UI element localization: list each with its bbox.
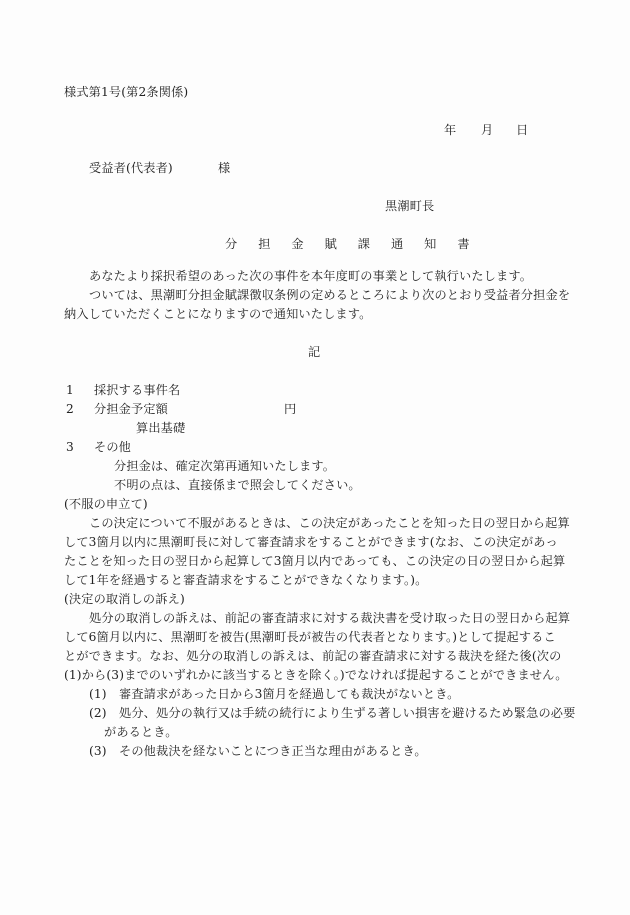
recipient-honorific: 様	[218, 160, 230, 176]
paragraph-line: して3箇月以内に黒潮町長に対して審査請求をすることができます(なお、この決定があ…	[64, 534, 558, 550]
ki-heading: 記	[308, 344, 320, 360]
item-label: その他	[94, 439, 131, 455]
date-year: 年	[444, 122, 456, 138]
title-char: 分	[225, 236, 237, 252]
item-label: 採択する事件名	[94, 382, 180, 398]
paragraph-line: この決定について不服があるときは、この決定があったことを知った日の翌日から起算	[89, 515, 570, 531]
intro-line: 納入していただくことになりますので通知いたします。	[64, 306, 371, 322]
paragraph-line: とができます。なお、処分の取消しの訴えは、前記の審査請求に対する裁決を経た後(次…	[64, 648, 561, 664]
paragraph-line: (1)から(3)までのいずれかに該当するときを除く。)でなければ提起することがで…	[64, 667, 568, 683]
section-heading: (決定の取消しの訴え)	[64, 591, 185, 607]
condition-continuation: があるとき。	[104, 724, 178, 740]
issuer: 黒潮町長	[385, 198, 434, 214]
title-char: 書	[457, 236, 469, 252]
title-char: 賦	[325, 236, 337, 252]
item-label: 分担金予定額	[94, 401, 168, 417]
condition-number: (2)	[89, 705, 107, 721]
condition-number: (3)	[89, 743, 107, 759]
condition-text: 審査請求があった日から3箇月を経過しても裁決がないとき。	[119, 686, 459, 702]
item-number: 2	[66, 401, 74, 417]
title-char: 知	[424, 236, 436, 252]
other-note: 不明の点は、直接係まで照会してください。	[114, 477, 361, 493]
other-note: 分担金は、確定次第再通知いたします。	[114, 458, 335, 474]
item-number: 3	[66, 439, 74, 455]
title-char: 金	[291, 236, 303, 252]
recipient-label: 受益者(代表者)	[89, 160, 173, 176]
title-char: 担	[258, 236, 270, 252]
condition-text: 処分、処分の執行又は手続の続行により生ずる著しい損害を避けるため緊急の必要	[119, 705, 576, 721]
intro-line: あなたより採択希望のあった次の事件を本年度町の事業として執行いたします。	[89, 268, 532, 284]
section-heading: (不服の申立て)	[64, 496, 148, 512]
paragraph-line: して1年を経過すると審査請求をすることができなくなります。)。	[64, 572, 428, 588]
paragraph-line: たことを知った日の翌日から起算して3箇月以内であっても、この決定の日の翌日から起…	[64, 553, 565, 569]
document-title: 分担金賦課通知書	[225, 236, 470, 252]
form-label: 様式第1号(第2条関係)	[64, 84, 188, 100]
calculation-basis: 算出基礎	[136, 420, 185, 436]
title-char: 通	[391, 236, 403, 252]
date-day: 日	[516, 122, 528, 138]
date-month: 月	[481, 122, 493, 138]
condition-number: (1)	[89, 686, 107, 702]
intro-line: ついては、黒潮町分担金賦課徴収条例の定めるところにより次のとおり受益者分担金を	[89, 287, 570, 303]
amount-unit: 円	[284, 401, 296, 417]
title-char: 課	[358, 236, 370, 252]
condition-text: その他裁決を経ないことにつき正当な理由があるとき。	[119, 743, 427, 759]
paragraph-line: 処分の取消しの訴えは、前記の審査請求に対する裁決書を受け取った日の翌日から起算	[89, 610, 570, 626]
paragraph-line: して6箇月以内に、黒潮町を被告(黒潮町長が被告の代表者となります。)として提起す…	[64, 629, 556, 645]
item-number: 1	[66, 382, 74, 398]
